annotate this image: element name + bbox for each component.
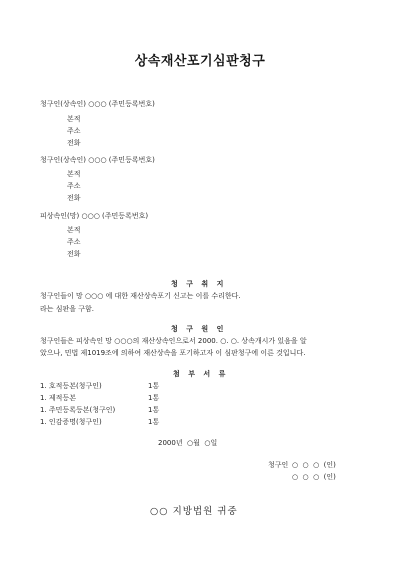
party-2-heading: 청구인(상속인) ○○○ (주민등록번호) bbox=[40, 156, 155, 164]
signature-line-1: ○ ○ ○ (인) bbox=[292, 461, 336, 469]
deceased-heading: 피상속인(망) ○○○ (주민등록번호) bbox=[40, 212, 148, 220]
filing-date: 2000년 ○월 ○일 bbox=[158, 439, 217, 447]
attachment-item-name: 1. 제적등본 bbox=[40, 394, 76, 402]
document-title: 상속재산포기심판청구 bbox=[0, 50, 400, 69]
deceased-field-address: 주소 bbox=[67, 238, 81, 246]
party-1-field-phone: 전화 bbox=[67, 139, 81, 147]
party-2-field-phone: 전화 bbox=[67, 194, 81, 202]
claim-cause-heading: 청 구 원 인 bbox=[171, 324, 226, 334]
court-addressee: ○○ 지방법원 귀중 bbox=[150, 503, 238, 517]
claim-purpose-line-1: 청구인들이 망 ○○○ 에 대한 재산상속포기 신고는 이를 수리한다. bbox=[40, 292, 241, 300]
attachment-item-qty: 1통 bbox=[148, 394, 159, 402]
party-1-field-domicile: 본적 bbox=[67, 115, 81, 123]
deceased-field-domicile: 본적 bbox=[67, 226, 81, 234]
signature-line-2: ○ ○ ○ (인) bbox=[292, 473, 336, 481]
signature-label: 청구인 bbox=[268, 461, 288, 469]
party-2-field-address: 주소 bbox=[67, 182, 81, 190]
party-1-heading: 청구인(상속인) ○○○ (주민등록번호) bbox=[40, 100, 155, 108]
attachments-heading: 첨 부 서 류 bbox=[173, 369, 228, 379]
party-1-field-address: 주소 bbox=[67, 127, 81, 135]
attachment-item-qty: 1통 bbox=[148, 418, 159, 426]
claim-purpose-heading: 청 구 취 지 bbox=[171, 279, 226, 289]
claim-cause-line-1: 청구인들은 피상속인 망 ○○○의 재산상속인으로서 2000. ○. ○. 상… bbox=[40, 337, 307, 345]
claim-purpose-line-2: 라는 심판을 구함. bbox=[40, 305, 94, 313]
deceased-field-phone: 전화 bbox=[67, 250, 81, 258]
attachment-item-name: 1. 호적등본(청구인) bbox=[40, 382, 102, 390]
party-2-field-domicile: 본적 bbox=[67, 170, 81, 178]
attachment-item-name: 1. 주민등록등본(청구인) bbox=[40, 406, 115, 414]
claim-cause-line-2: 았으나, 민법 제1019조에 의하여 재산상속을 포기하고자 이 심판청구에 … bbox=[40, 349, 305, 357]
attachment-item-name: 1. 인감증명(청구인) bbox=[40, 418, 102, 426]
attachment-item-qty: 1통 bbox=[148, 406, 159, 414]
attachment-item-qty: 1통 bbox=[148, 382, 159, 390]
